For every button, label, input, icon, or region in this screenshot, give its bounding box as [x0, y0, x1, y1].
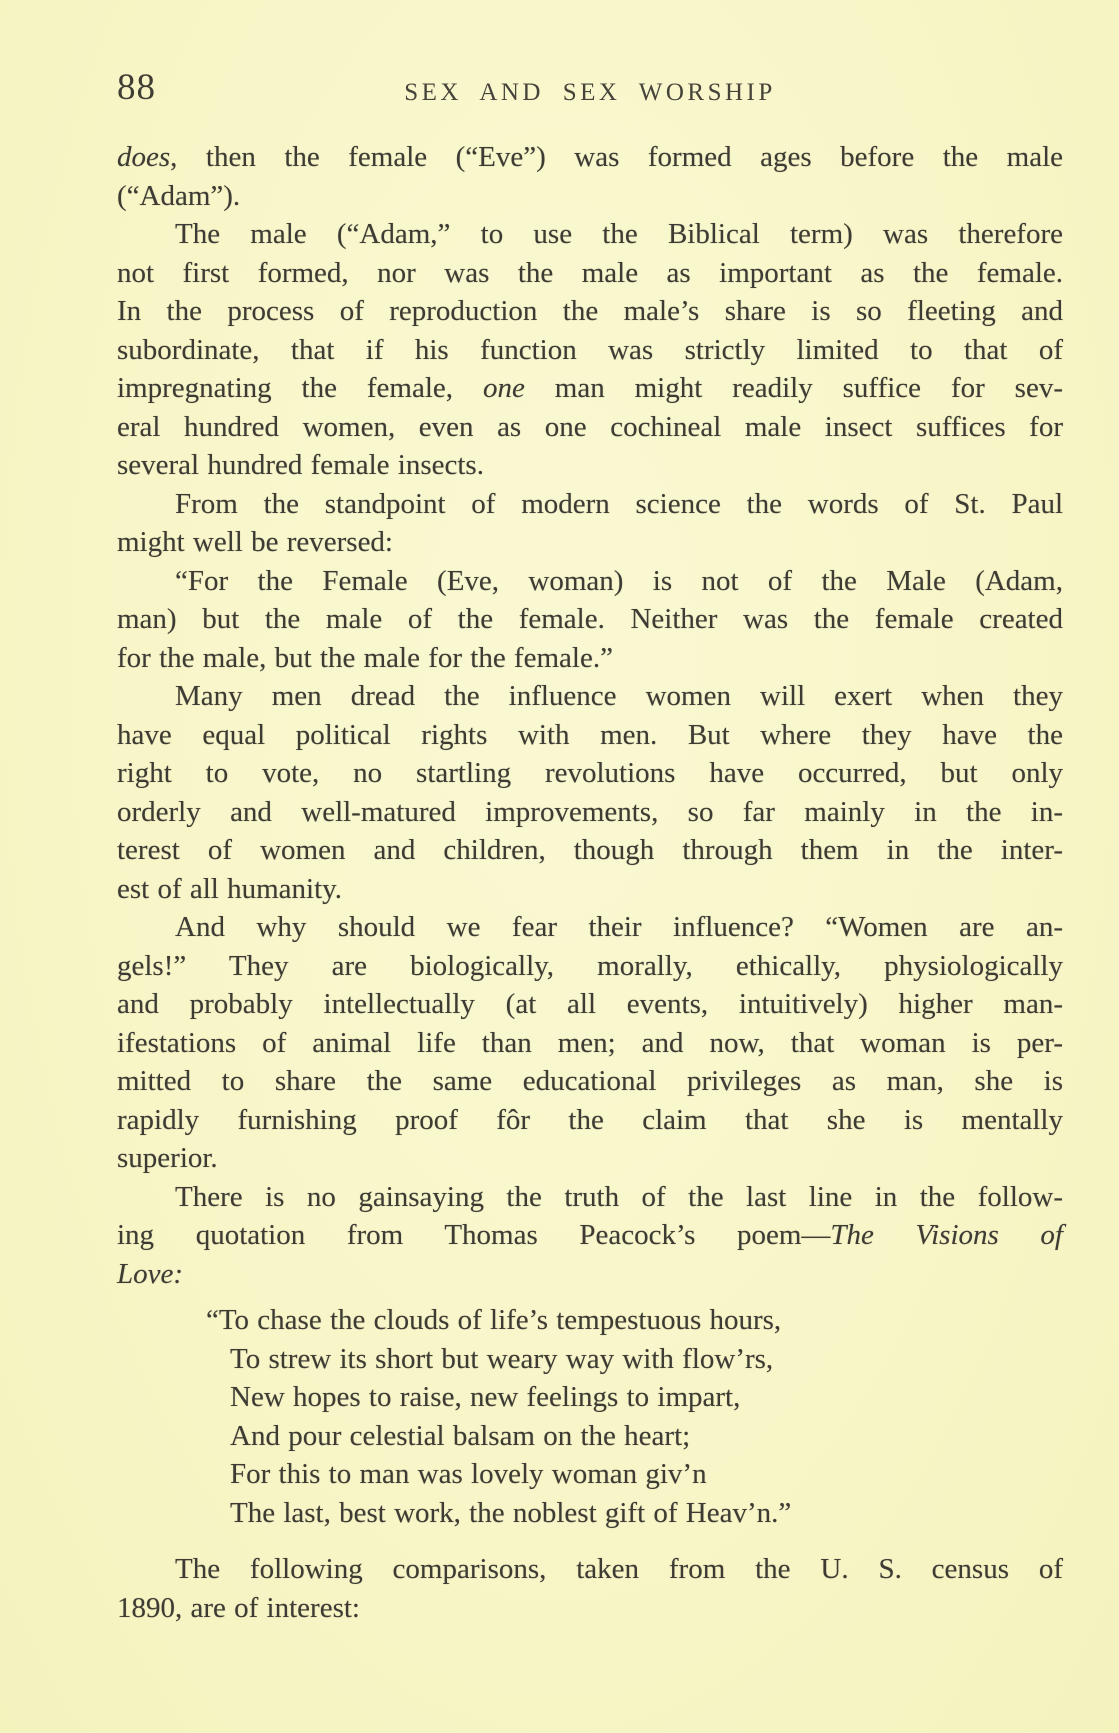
text-line: right to vote, no startling revolutions …	[117, 754, 1063, 793]
text-run: ing quotation from Thomas Peacock’s poem…	[117, 1219, 830, 1251]
text-line: ifestations of animal life than men; and…	[117, 1024, 1063, 1063]
text-line: eral hundred women, even as one cochinea…	[117, 408, 1063, 447]
paragraph: Many men dread the influence women will …	[117, 677, 1063, 908]
text-run: And pour celestial balsam on the heart;	[230, 1420, 690, 1452]
text-line: And why should we fear their influence? …	[117, 908, 1063, 947]
text-line: Many men dread the influence women will …	[117, 677, 1063, 716]
text-line: and probably intellectually (at all even…	[117, 985, 1063, 1024]
text-run: man might readily suffice for sev-	[525, 372, 1063, 404]
text-line: In the process of reproduction the male’…	[117, 292, 1063, 331]
running-title: SEX AND SEX WORSHIP	[117, 79, 1063, 107]
text-line: New hopes to raise, new feelings to impa…	[117, 1378, 1063, 1417]
text-line: The last, best work, the noblest gift of…	[117, 1494, 1063, 1533]
paragraph: The following comparisons, taken from th…	[117, 1550, 1063, 1627]
text-run: impregnating the female,	[117, 372, 483, 404]
text-run: In the process of reproduction the male’…	[117, 295, 1063, 327]
text-line: Love:	[117, 1255, 1063, 1294]
poem-block: “To chase the clouds of life’s tempestuo…	[117, 1301, 1063, 1532]
text-line: might well be reversed:	[117, 523, 1063, 562]
text-line: ing quotation from Thomas Peacock’s poem…	[117, 1216, 1063, 1255]
text-line: have equal political rights with men. Bu…	[117, 716, 1063, 755]
text-run: From the standpoint of modern science th…	[175, 488, 1063, 520]
text-line: not first formed, nor was the male as im…	[117, 254, 1063, 293]
text-line: 1890, are of interest:	[117, 1589, 1063, 1628]
text-line: The male (“Adam,” to use the Biblical te…	[117, 215, 1063, 254]
text-line: impregnating the female, one man might r…	[117, 369, 1063, 408]
text-line: And pour celestial balsam on the heart;	[117, 1417, 1063, 1456]
text-line: est of all humanity.	[117, 870, 1063, 909]
italic-text: one	[483, 372, 525, 404]
text-run: superior.	[117, 1142, 218, 1174]
text-line: terest of women and children, though thr…	[117, 831, 1063, 870]
text-run: eral hundred women, even as one cochinea…	[117, 411, 1063, 443]
text-run: right to vote, no startling revolutions …	[117, 757, 1063, 789]
text-line: (“Adam”).	[117, 177, 1063, 216]
text-run: (“Adam”).	[117, 180, 240, 212]
text-run: 1890, are of interest:	[117, 1592, 360, 1624]
text-run: The male (“Adam,” to use the Biblical te…	[175, 218, 1063, 250]
text-line: To strew its short but weary way with fl…	[117, 1340, 1063, 1379]
text-line: There is no gainsaying the truth of the …	[117, 1178, 1063, 1217]
text-line: gels!” They are biologically, morally, e…	[117, 947, 1063, 986]
text-line: “For the Female (Eve, woman) is not of t…	[117, 562, 1063, 601]
text-run: for the male, but the male for the femal…	[117, 642, 613, 674]
text-run: and probably intellectually (at all even…	[117, 988, 1063, 1020]
text-line: superior.	[117, 1139, 1063, 1178]
page-header: 88 SEX AND SEX WORSHIP	[117, 70, 1063, 110]
text-run: est of all humanity.	[117, 873, 342, 905]
book-page: 88 SEX AND SEX WORSHIP does, then the fe…	[0, 0, 1119, 1733]
text-run: And why should we fear their influence? …	[175, 911, 1063, 943]
text-run: The following comparisons, taken from th…	[175, 1553, 1063, 1585]
paragraph: does, then the female (“Eve”) was formed…	[117, 138, 1063, 215]
paragraph: The male (“Adam,” to use the Biblical te…	[117, 215, 1063, 485]
text-line: several hundred female insects.	[117, 446, 1063, 485]
text-line: man) but the male of the female. Neither…	[117, 600, 1063, 639]
text-run: man) but the male of the female. Neither…	[117, 603, 1063, 635]
text-run: , then the female (“Eve”) was formed age…	[170, 141, 1063, 173]
text-line: mitted to share the same educational pri…	[117, 1062, 1063, 1101]
text-run: terest of women and children, though thr…	[117, 834, 1063, 866]
text-run: subordinate, that if his function was st…	[117, 334, 1063, 366]
paragraph: “For the Female (Eve, woman) is not of t…	[117, 562, 1063, 678]
text-line: does, then the female (“Eve”) was formed…	[117, 138, 1063, 177]
text-run: orderly and well-matured improvements, s…	[117, 796, 1063, 828]
text-run: “To chase the clouds of life’s tempestuo…	[206, 1304, 781, 1336]
text-line: “To chase the clouds of life’s tempestuo…	[117, 1301, 1063, 1340]
text-run: New hopes to raise, new feelings to impa…	[230, 1381, 740, 1413]
text-run: mitted to share the same educational pri…	[117, 1065, 1063, 1097]
text-run: To strew its short but weary way with fl…	[230, 1343, 773, 1375]
page-body: does, then the female (“Eve”) was formed…	[117, 138, 1063, 1627]
paragraph: There is no gainsaying the truth of the …	[117, 1178, 1063, 1294]
text-line: for the male, but the male for the femal…	[117, 639, 1063, 678]
text-line: rapidly furnishing proof fôr the claim t…	[117, 1101, 1063, 1140]
text-line: The following comparisons, taken from th…	[117, 1550, 1063, 1589]
text-line: subordinate, that if his function was st…	[117, 331, 1063, 370]
text-run: The last, best work, the noblest gift of…	[230, 1497, 791, 1529]
text-run: not first formed, nor was the male as im…	[117, 257, 1063, 289]
italic-text: Love:	[117, 1258, 183, 1290]
text-run: might well be reversed:	[117, 526, 393, 558]
text-line: orderly and well-matured improvements, s…	[117, 793, 1063, 832]
text-run: gels!” They are biologically, morally, e…	[117, 950, 1063, 982]
text-line: For this to man was lovely woman giv’n	[117, 1455, 1063, 1494]
paragraph: And why should we fear their influence? …	[117, 908, 1063, 1178]
text-run: “For the Female (Eve, woman) is not of t…	[175, 565, 1063, 597]
text-run: rapidly furnishing proof fôr the claim t…	[117, 1104, 1063, 1136]
paragraph: From the standpoint of modern science th…	[117, 485, 1063, 562]
text-run: For this to man was lovely woman giv’n	[230, 1458, 707, 1490]
text-run: There is no gainsaying the truth of the …	[175, 1181, 1063, 1213]
text-run: ifestations of animal life than men; and…	[117, 1027, 1063, 1059]
italic-text: The Visions of	[830, 1219, 1063, 1251]
text-line: From the standpoint of modern science th…	[117, 485, 1063, 524]
text-run: several hundred female insects.	[117, 449, 484, 481]
italic-text: does	[117, 141, 170, 173]
text-run: Many men dread the influence women will …	[175, 680, 1063, 712]
text-run: have equal political rights with men. Bu…	[117, 719, 1063, 751]
